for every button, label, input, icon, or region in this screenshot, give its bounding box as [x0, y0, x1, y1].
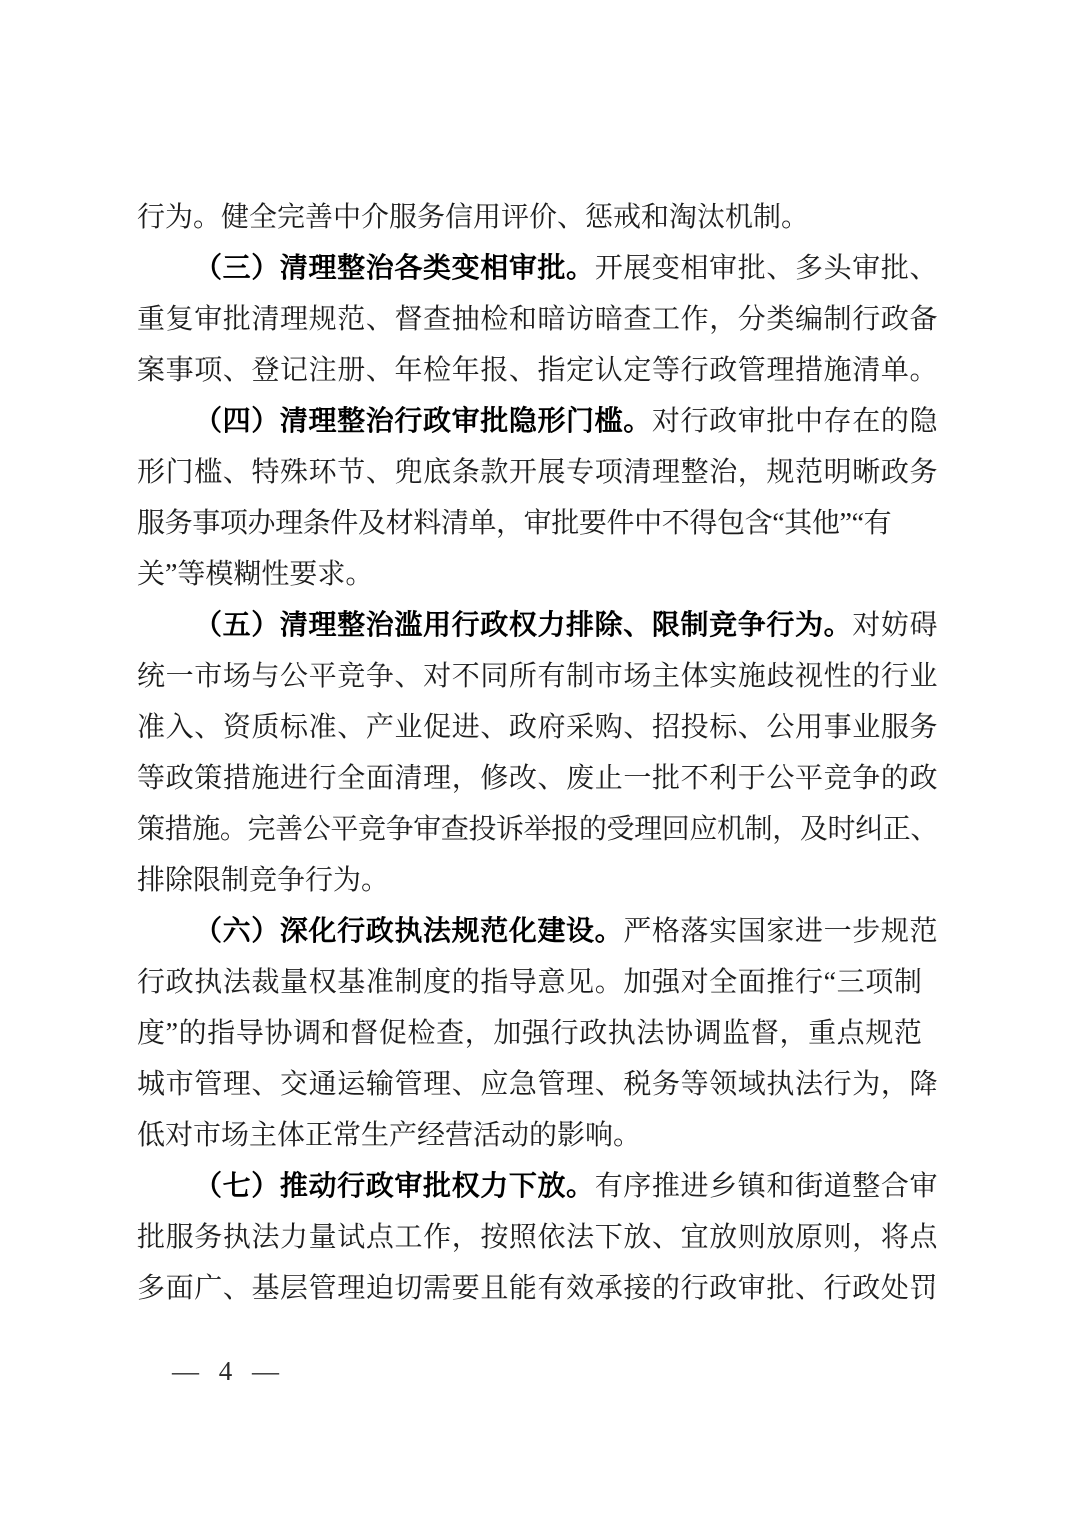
text-line: （三）清理整治各类变相审批。开展变相审批、多头审批、 [137, 243, 938, 294]
text-line: 行为。健全完善中介服务信用评价、惩戒和淘汰机制。 [137, 192, 938, 243]
paragraph-text: 对行政审批中存在的隐 [652, 406, 938, 437]
paragraph-text: 形门槛、特殊环节、兜底条款开展专项清理整治，规范明晰政务 [137, 457, 938, 488]
paragraph-text: 低对市场主体正常生产经营活动的影响。 [137, 1120, 641, 1151]
text-line: 形门槛、特殊环节、兜底条款开展专项清理整治，规范明晰政务 [137, 447, 938, 498]
paragraph-heading: （五）清理整治滥用行政权力排除、限制竞争行为。 [194, 610, 852, 641]
paragraph-text: 多面广、基层管理迫切需要且能有效承接的行政审批、行政处罚 [137, 1273, 938, 1304]
text-line: 低对市场主体正常生产经营活动的影响。 [137, 1110, 938, 1161]
paragraph-text: 城市管理、交通运输管理、应急管理、税务等领域执法行为，降 [137, 1069, 938, 1100]
text-line: 排除限制竞争行为。 [137, 855, 938, 906]
paragraph-text: 关”等模糊性要求。 [137, 559, 373, 590]
paragraph-text: 有序推进乡镇和街道整合审 [595, 1171, 938, 1202]
text-line: 服务事项办理条件及材料清单，审批要件中不得包含“其他”“有 [137, 498, 938, 549]
paragraph-heading: （三）清理整治各类变相审批。 [194, 253, 595, 284]
paragraph-text: 对妨碍 [852, 610, 938, 641]
page-number: — 4 — [172, 1356, 279, 1386]
text-line: 行政执法裁量权基准制度的指导意见。加强对全面推行“三项制 [137, 957, 938, 1008]
paragraph-heading: （七）推动行政审批权力下放。 [194, 1171, 595, 1202]
paragraph-text: 等政策措施进行全面清理，修改、废止一批不利于公平竞争的政 [137, 763, 938, 794]
text-line: 等政策措施进行全面清理，修改、废止一批不利于公平竞争的政 [137, 753, 938, 804]
paragraph-text: 排除限制竞争行为。 [137, 865, 389, 896]
paragraph-text: 案事项、登记注册、年检年报、指定认定等行政管理措施清单。 [137, 355, 938, 386]
paragraph-text: 行政执法裁量权基准制度的指导意见。加强对全面推行“三项制 [137, 967, 923, 998]
page-footer: — 4 — [172, 1356, 279, 1387]
content-area: 行为。健全完善中介服务信用评价、惩戒和淘汰机制。（三）清理整治各类变相审批。开展… [137, 192, 938, 1314]
paragraph-text: 行为。健全完善中介服务信用评价、惩戒和淘汰机制。 [137, 202, 809, 233]
text-line: 准入、资质标准、产业促进、政府采购、招投标、公用事业服务 [137, 702, 938, 753]
paragraph-text: 严格落实国家进一步规范 [623, 916, 938, 947]
text-line: 度”的指导协调和督促检查，加强行政执法协调监督，重点规范 [137, 1008, 938, 1059]
text-line: 多面广、基层管理迫切需要且能有效承接的行政审批、行政处罚 [137, 1263, 938, 1314]
text-line: 重复审批清理规范、督查抽检和暗访暗查工作，分类编制行政备 [137, 294, 938, 345]
text-line: 案事项、登记注册、年检年报、指定认定等行政管理措施清单。 [137, 345, 938, 396]
text-line: 策措施。完善公平竞争审查投诉举报的受理回应机制，及时纠正、 [137, 804, 938, 855]
paragraph-heading: （六）深化行政执法规范化建设。 [194, 916, 623, 947]
text-line: （七）推动行政审批权力下放。有序推进乡镇和街道整合审 [137, 1161, 938, 1212]
text-line: （四）清理整治行政审批隐形门槛。对行政审批中存在的隐 [137, 396, 938, 447]
paragraph-text: 统一市场与公平竞争、对不同所有制市场主体实施歧视性的行业 [137, 661, 938, 692]
text-line: （六）深化行政执法规范化建设。严格落实国家进一步规范 [137, 906, 938, 957]
text-line: 城市管理、交通运输管理、应急管理、税务等领域执法行为，降 [137, 1059, 938, 1110]
paragraph-text: 准入、资质标准、产业促进、政府采购、招投标、公用事业服务 [137, 712, 938, 743]
paragraph-text: 度”的指导协调和督促检查，加强行政执法协调监督，重点规范 [137, 1018, 923, 1049]
text-line: （五）清理整治滥用行政权力排除、限制竞争行为。对妨碍 [137, 600, 938, 651]
paragraph-text: 策措施。完善公平竞争审查投诉举报的受理回应机制，及时纠正、 [137, 814, 938, 845]
paragraph-text: 开展变相审批、多头审批、 [595, 253, 938, 284]
text-line: 关”等模糊性要求。 [137, 549, 938, 600]
text-line: 批服务执法力量试点工作，按照依法下放、宜放则放原则，将点 [137, 1212, 938, 1263]
paragraph-text: 服务事项办理条件及材料清单，审批要件中不得包含“其他”“有 [137, 508, 891, 539]
document-page: 行为。健全完善中介服务信用评价、惩戒和淘汰机制。（三）清理整治各类变相审批。开展… [0, 0, 1074, 1520]
paragraph-heading: （四）清理整治行政审批隐形门槛。 [194, 406, 652, 437]
paragraph-text: 重复审批清理规范、督查抽检和暗访暗查工作，分类编制行政备 [137, 304, 938, 335]
paragraph-text: 批服务执法力量试点工作，按照依法下放、宜放则放原则，将点 [137, 1222, 938, 1253]
text-line: 统一市场与公平竞争、对不同所有制市场主体实施歧视性的行业 [137, 651, 938, 702]
